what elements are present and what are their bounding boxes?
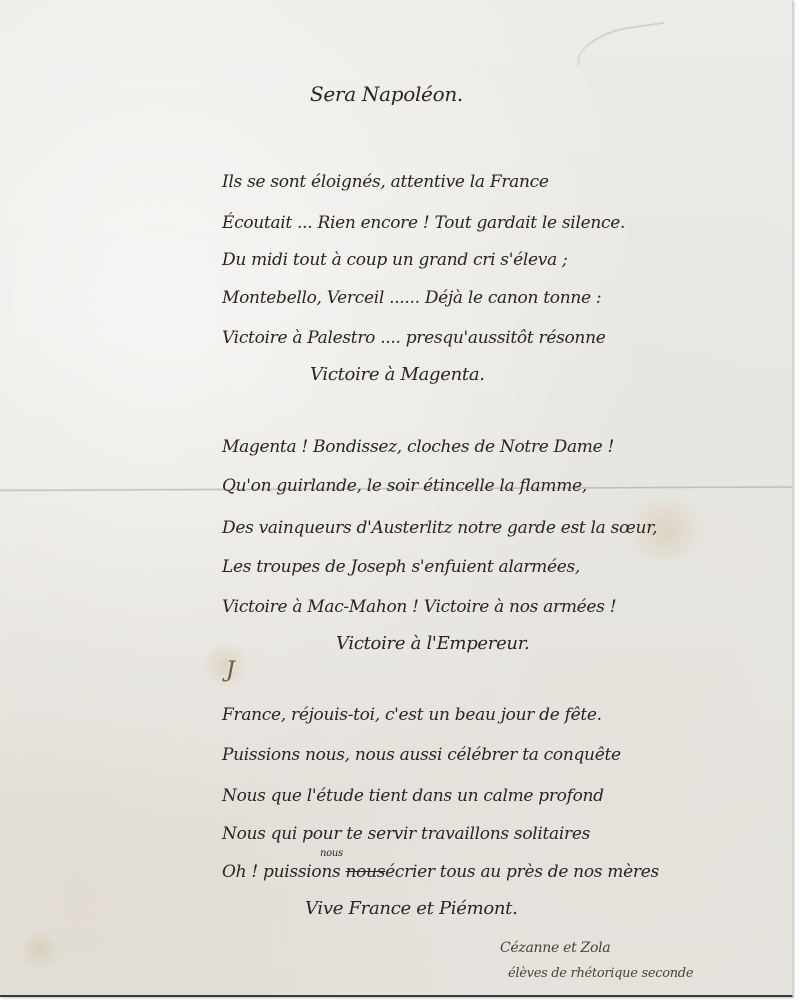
poem-line: Écoutait ... Rien encore ! Tout gardait … (222, 213, 625, 233)
poem-line: Montebello, Verceil ...... Déjà le canon… (222, 288, 601, 308)
poem-line: Victoire à Mac-Mahon ! Victoire à nos ar… (222, 597, 616, 617)
line-part: Oh ! puissions (222, 862, 346, 882)
paper-stain (20, 930, 60, 970)
paper-stain (200, 640, 250, 690)
poem-line: Qu'on guirlande, le soir étincelle la fl… (222, 476, 587, 496)
signature-role: élèves de rhétorique seconde (508, 966, 693, 981)
struck-word: nous (346, 862, 386, 882)
stanza-refrain: Vive France et Piémont. (305, 898, 518, 919)
interlinear-insert: nous (320, 848, 343, 859)
paper-crease (573, 22, 669, 66)
poem-title: Sera Napoléon. (310, 82, 463, 106)
poem-line: Victoire à Palestro .... presqu'aussitôt… (222, 328, 606, 348)
poem-line: Les troupes de Joseph s'enfuient alarmée… (222, 557, 580, 577)
signature-names: Cézanne et Zola (500, 940, 610, 956)
poem-line: France, réjouis-toi, c'est un beau jour … (222, 705, 602, 725)
stanza-refrain: Victoire à Magenta. (310, 364, 485, 385)
stanza-refrain: Victoire à l'Empereur. (336, 633, 529, 654)
poem-line: Du midi tout à coup un grand cri s'éleva… (222, 250, 567, 270)
margin-mark: J (226, 658, 235, 683)
poem-line: Nous qui pour te servir travaillons soli… (222, 824, 590, 844)
manuscript-page: Sera Napoléon. Ils se sont éloignés, att… (0, 0, 793, 997)
poem-line: Puissions nous, nous aussi célébrer ta c… (222, 745, 621, 765)
poem-line: Des vainqueurs d'Austerlitz notre garde … (222, 518, 657, 538)
poem-line: Ils se sont éloignés, attentive la Franc… (222, 172, 549, 192)
poem-line: Nous que l'étude tient dans un calme pro… (222, 786, 604, 806)
poem-line: Magenta ! Bondissez, cloches de Notre Da… (222, 437, 614, 457)
line-part: écrier tous au près de nos mères (385, 862, 659, 882)
poem-line-with-correction: Oh ! puissions nousécrier tous au près d… (222, 862, 659, 882)
